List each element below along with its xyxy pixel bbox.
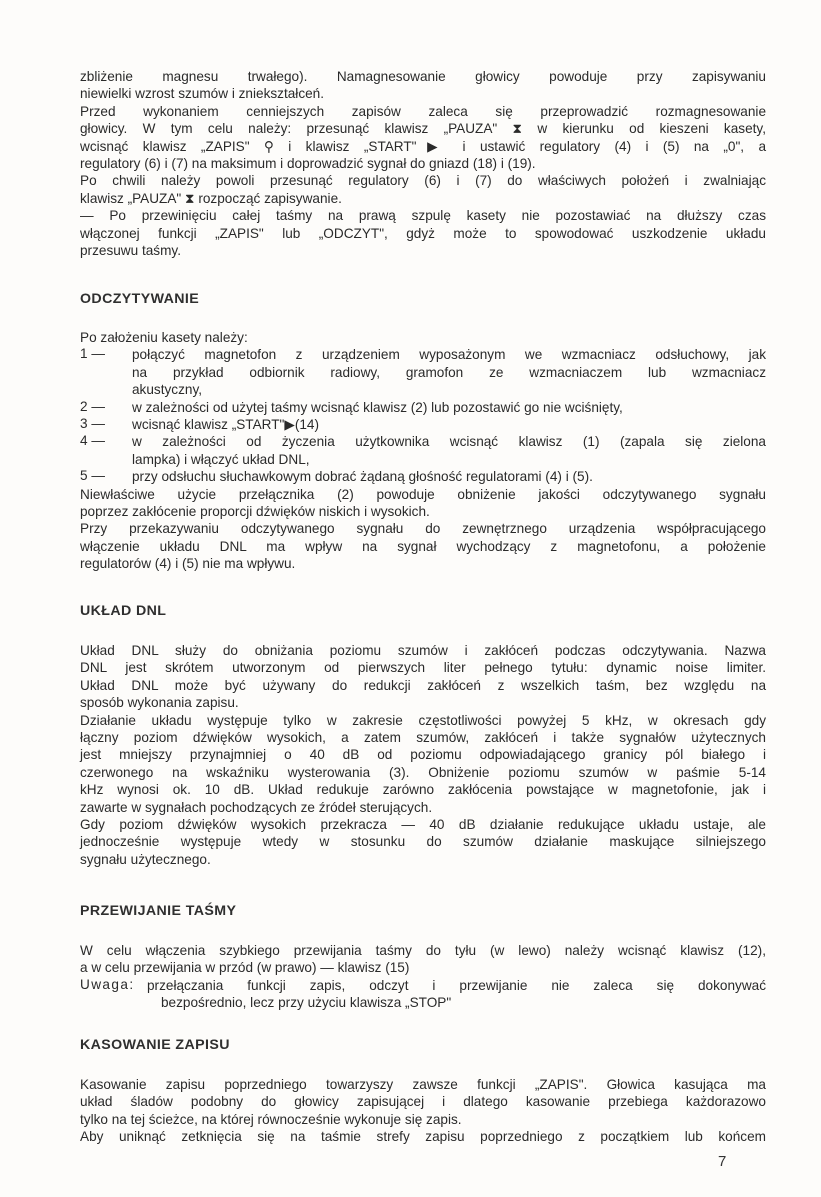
text-line: Gdy poziom dźwięków wysokich przekracza … <box>80 816 766 833</box>
text-line: włączonej funkcji „ZAPIS" lub „ODCZYT", … <box>80 225 766 242</box>
intro-paragraph: zbliżenie magnesu trwałego). Namagnesowa… <box>80 68 766 103</box>
text-line: Aby uniknąć zetknięcia się na taśmie str… <box>80 1128 766 1145</box>
intro-paragraph: Przed wykonaniem cenniejszych zapisów za… <box>80 103 766 173</box>
text-line: — Po przewinięciu całej taśmy na prawą s… <box>80 207 766 224</box>
text-line: głowicy. W tym celu należy: przesunąć kl… <box>80 120 766 137</box>
text-line: Kasowanie zapisu poprzedniego towarzyszy… <box>80 1076 766 1093</box>
section-heading: PRZEWIJANIE TAŚMY <box>80 902 766 920</box>
text-line: poprzez zakłócenie proporcji dźwięków ni… <box>80 503 766 520</box>
text-line: klawisz „PAUZA" ⧗ rozpocząć zapisywanie. <box>80 190 766 207</box>
section-przewijanie-tasmy: PRZEWIJANIE TAŚMY W celu włączenia szybk… <box>80 902 766 1012</box>
page-number: 7 <box>718 1153 726 1170</box>
text-line: DNL jest skrótem utworzonym od pierwszyc… <box>80 659 766 676</box>
text-line: wcisnąć klawisz „ZAPIS" ⚲ i klawisz „STA… <box>80 138 766 155</box>
intro-paragraph: Po chwili należy powoli przesunąć regula… <box>80 172 766 207</box>
list-item: 5 — przy odsłuchu słuchawkowym dobrać żą… <box>80 468 766 485</box>
text-line: W celu włączenia szybkiego przewijania t… <box>80 942 766 959</box>
text-line: jednocześnie występuje wtedy w stosunku … <box>80 833 766 850</box>
text-line: sposób wykonania zapisu. <box>80 694 766 711</box>
note: Uwaga: przełączania funkcji zapis, odczy… <box>80 977 766 1012</box>
text-line: lampka) i włączyć układ DNL, <box>132 451 766 468</box>
text-line: niewielki wzrost szumów i zniekształceń. <box>80 85 766 102</box>
text-line: sygnału użytecznego. <box>80 851 766 868</box>
section-heading: UKŁAD DNL <box>80 602 766 620</box>
text-line: połączyć magnetofon z urządzeniem wyposa… <box>132 346 766 363</box>
paragraph: Układ DNL służy do obniżania poziomu szu… <box>80 642 766 712</box>
text-line: akustyczny, <box>132 381 766 398</box>
text-line: Przed wykonaniem cenniejszych zapisów za… <box>80 103 766 120</box>
intro-block: zbliżenie magnesu trwałego). Namagnesowa… <box>80 68 766 259</box>
text-line: Po chwili należy powoli przesunąć regula… <box>80 172 766 189</box>
text-line: regulatory (6) i (7) na maksimum i dopro… <box>80 155 766 172</box>
text-line: wcisnąć klawisz „START"▶(14) <box>132 416 766 433</box>
text-line: Układ DNL służy do obniżania poziomu szu… <box>80 642 766 659</box>
text-line: przesuwu taśmy. <box>80 242 766 259</box>
text-line: układ śladów podobny do głowicy zapisują… <box>80 1093 766 1110</box>
text-line: włączenie układu DNL ma wpływ na sygnał … <box>80 538 766 555</box>
section-lead: Po założeniu kasety należy: <box>80 329 766 346</box>
list-item: 3 — wcisnąć klawisz „START"▶(14) <box>80 416 766 433</box>
section-heading: ODCZYTYWANIE <box>80 290 766 308</box>
text-line: Niewłaściwe użycie przełącznika (2) powo… <box>80 486 766 503</box>
text-line: a w celu przewijania w przód (w prawo) —… <box>80 959 766 976</box>
text-line: Działanie układu występuje tylko w zakre… <box>80 712 766 729</box>
paragraph: Kasowanie zapisu poprzedniego towarzyszy… <box>80 1076 766 1128</box>
list-item: 2 — w zależności od użytej taśmy wcisnąć… <box>80 399 766 416</box>
text-line: zawarte w sygnałach pochodzących ze źród… <box>80 799 766 816</box>
text-line: zbliżenie magnesu trwałego). Namagnesowa… <box>80 68 766 85</box>
section-uklad-dnl: UKŁAD DNL Układ DNL służy do obniżania p… <box>80 602 766 868</box>
section-odczytywanie: ODCZYTYWANIE Po założeniu kasety należy:… <box>80 290 766 573</box>
paragraph: Aby uniknąć zetknięcia się na taśmie str… <box>80 1128 766 1145</box>
note-label: Uwaga: <box>80 977 147 1012</box>
text-line: Układ DNL może być używany do redukcji z… <box>80 677 766 694</box>
text-line: Przy przekazywaniu odczytywanego sygnału… <box>80 520 766 537</box>
text-line: przełączania funkcji zapis, odczyt i prz… <box>147 977 766 994</box>
text-line: jest mniejszy przynajmniej o 40 dB od po… <box>80 746 766 763</box>
list-item: 4 — w zależności od życzenia użytkownika… <box>80 433 766 468</box>
text-line: czerwonego na wskaźniku wysterowania (3)… <box>80 764 766 781</box>
text-line: łączny poziom dźwięków wysokich, a zatem… <box>80 729 766 746</box>
intro-paragraph: — Po przewinięciu całej taśmy na prawą s… <box>80 207 766 259</box>
list-number: 4 — <box>80 433 132 468</box>
section-heading: KASOWANIE ZAPISU <box>80 1036 766 1054</box>
text-line: kHz wynosi ok. 10 dB. Układ redukuje zar… <box>80 781 766 798</box>
text-line: na przykład odbiornik radiowy, gramofon … <box>132 364 766 381</box>
text-line: bezpośrednio, lecz przy użyciu klawisza … <box>147 994 766 1011</box>
text-line: w zależności od użytej taśmy wcisnąć kla… <box>132 399 766 416</box>
paragraph: Gdy poziom dźwięków wysokich przekracza … <box>80 816 766 868</box>
list-number: 2 — <box>80 399 132 416</box>
text-line: tylko na tej ścieżce, na której równocze… <box>80 1111 766 1128</box>
text-line: przy odsłuchu słuchawkowym dobrać żądaną… <box>132 468 766 485</box>
paragraph: Przy przekazywaniu odczytywanego sygnału… <box>80 520 766 572</box>
paragraph: Działanie układu występuje tylko w zakre… <box>80 712 766 816</box>
text-line: regulatorów (4) i (5) nie ma wpływu. <box>80 555 766 572</box>
paragraph: W celu włączenia szybkiego przewijania t… <box>80 942 766 977</box>
list-item: 1 — połączyć magnetofon z urządzeniem wy… <box>80 346 766 398</box>
list-number: 3 — <box>80 416 132 433</box>
paragraph: Niewłaściwe użycie przełącznika (2) powo… <box>80 486 766 521</box>
section-kasowanie-zapisu: KASOWANIE ZAPISU Kasowanie zapisu poprze… <box>80 1036 766 1146</box>
list-number: 1 — <box>80 346 132 398</box>
text-line: w zależności od życzenia użytkownika wci… <box>132 433 766 450</box>
list-number: 5 — <box>80 468 132 485</box>
